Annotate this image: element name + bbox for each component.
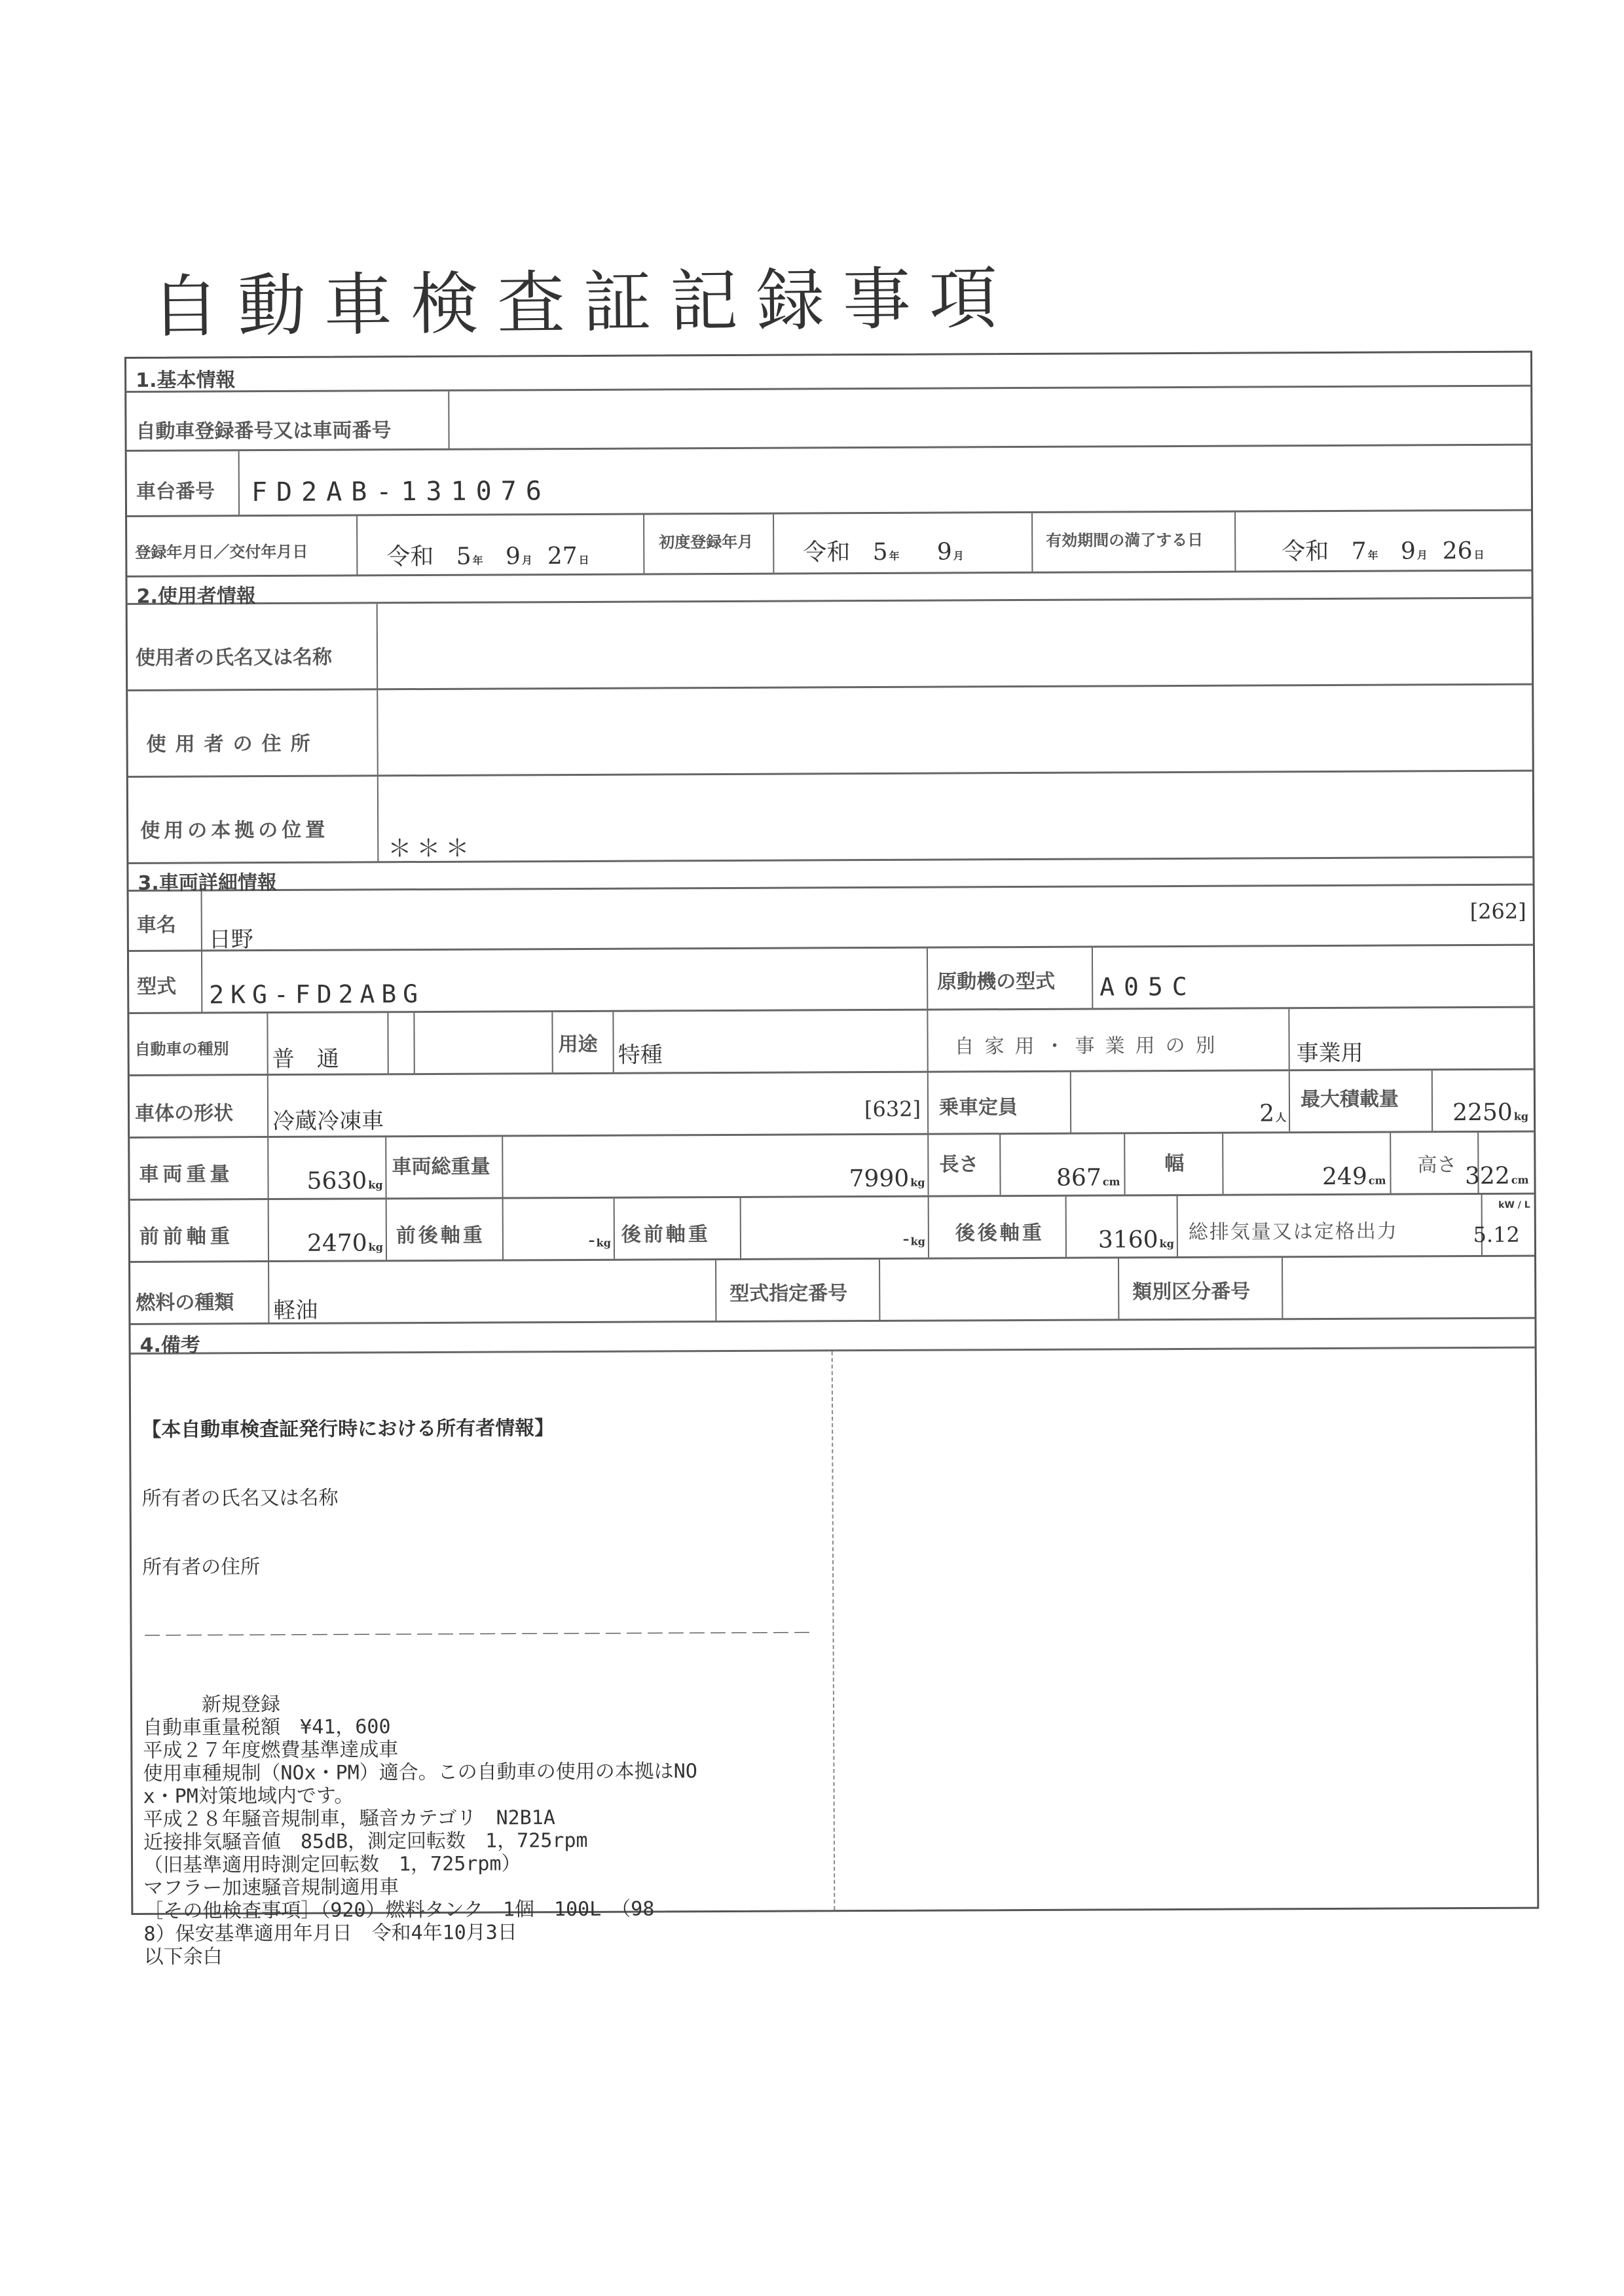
remark-line: （旧基準適用時測定回転数 1，725rpm） [143, 1851, 824, 1877]
private-business-label: 自家用・事業用の別 [954, 1029, 1225, 1059]
remarks-text: 【本自動車検査証発行時における所有者情報】 所有者の氏名又は名称 所有者の住所 … [141, 1370, 825, 2014]
front-rear-axle-label: 前後軸重 [396, 1219, 485, 1248]
chassis-number-value: FD2AB-131076 [251, 476, 551, 507]
category-label: 類別区分番号 [1132, 1275, 1250, 1305]
gross-weight-value: 7990kg [849, 1165, 925, 1193]
user-address-row: 使用者の住所 [128, 685, 1532, 778]
first-registration-value: 令和 5年 9月 [803, 533, 964, 567]
base-location-row: 使用の本拠の位置 ＊＊＊ [128, 772, 1533, 864]
max-load-value: 2250kg [1452, 1099, 1528, 1127]
owner-info-header: 【本自動車検査証発行時における所有者情報】 [141, 1415, 822, 1442]
gross-weight-label: 車両総重量 [392, 1150, 490, 1180]
remark-line: 使用車種規制（NOx・PM）適合。この自動車の使用の本拠はNO [143, 1759, 824, 1785]
displacement-unit: kW / L [1498, 1200, 1530, 1211]
vehicle-type-label: 自動車の種別 [135, 1036, 229, 1059]
remark-line: 平成２８年騒音規制車，騒音カテゴリ N2B1A [143, 1805, 824, 1831]
displacement-label: 総排気量又は定格出力 [1189, 1215, 1398, 1245]
remarks-separator: －－－－－－－－－－－－－－－－－－－－－－－－－－－－－－－－ [142, 1622, 823, 1648]
model-value: 2KG-FD2ABG [209, 979, 424, 1009]
owner-name-label: 所有者の氏名又は名称 [142, 1484, 823, 1510]
user-name-row: 使用者の氏名又は名称 [128, 599, 1532, 691]
remark-line: 8）保安基準適用年月日 令和4年10月3日 [143, 1920, 824, 1946]
remark-line: 新規登録 [143, 1690, 824, 1717]
rear-rear-axle-label: 後後軸重 [955, 1216, 1044, 1246]
model-label: 型式 [137, 970, 176, 999]
body-shape-value: 冷蔵冷凍車 [272, 1102, 384, 1135]
body-shape-row: 車体の形状 冷蔵冷凍車 [632] 乗車定員 2人 最大積載量 2250kg [130, 1070, 1534, 1139]
chassis-number-label: 車台番号 [136, 475, 215, 504]
remark-line: 自動車重量税額 ¥41，600 [143, 1713, 824, 1740]
length-label: 長さ [939, 1148, 978, 1176]
capacity-label: 乗車定員 [939, 1091, 1018, 1120]
fuel-label: 燃料の種類 [136, 1286, 234, 1315]
remark-line: 近接排気騒音値 85dB，測定回転数 1，725rpm [143, 1828, 824, 1854]
width-label: 幅 [1164, 1147, 1184, 1176]
section-1-header: 1.基本情報 [126, 353, 1530, 393]
purpose-value: 特種 [618, 1036, 663, 1068]
vehicle-name-row: 車名 日野 [262] [129, 886, 1533, 952]
displacement-value: 5.12 [1473, 1222, 1520, 1247]
remarks-area: 【本自動車検査証発行時における所有者情報】 所有者の氏名又は名称 所有者の住所 … [131, 1349, 1538, 1913]
chassis-number-row: 車台番号 FD2AB-131076 [127, 446, 1531, 517]
remark-line: 平成２７年度燃費基準達成車 [143, 1736, 824, 1762]
max-load-label: 最大積載量 [1301, 1083, 1399, 1112]
private-business-value: 事業用 [1297, 1035, 1363, 1067]
registration-date-value: 令和 5年 9月 27日 [386, 538, 589, 572]
vehicle-name-code: [262] [1470, 899, 1526, 924]
axle-weight-row: 前前軸重 2470kg 前後軸重 -kg 後前軸重 -kg 後後軸重 3160k… [130, 1195, 1534, 1263]
remark-line: 以下余白 [144, 1942, 825, 1969]
inspection-record-form: 1.基本情報 自動車登録番号又は車両番号 車台番号 FD2AB-131076 登… [124, 351, 1539, 1915]
fuel-row: 燃料の種類 軽油 型式指定番号 類別区分番号 [130, 1257, 1534, 1325]
engine-model-label: 原動機の型式 [937, 965, 1055, 994]
document-title: 自動車検査証記録事項 [151, 243, 1016, 350]
rear-front-axle-value: -kg [902, 1228, 925, 1250]
purpose-label: 用途 [558, 1028, 597, 1057]
height-value: 322cm [1465, 1163, 1529, 1190]
section-1-heading: 1.基本情報 [136, 363, 235, 393]
capacity-value: 2人 [1259, 1100, 1286, 1127]
remark-line: マフラー加速騒音規制適用車 [143, 1874, 824, 1900]
vehicle-weight-value: 5630kg [307, 1167, 383, 1195]
vehicle-weight-label: 車両重量 [139, 1157, 233, 1187]
registration-date-label: 登録年月日／交付年月日 [135, 539, 308, 562]
rear-rear-axle-value: 3160kg [1098, 1226, 1174, 1254]
base-location-value: ＊＊＊ [388, 830, 474, 864]
remark-lines: 新規登録自動車重量税額 ¥41，600平成２７年度燃費基準達成車使用車種規制（N… [143, 1690, 825, 1969]
vehicle-name-value: 日野 [209, 921, 253, 953]
registration-number-row: 自動車登録番号又は車両番号 [126, 387, 1530, 452]
expiry-date-label: 有効期間の満了する日 [1046, 527, 1203, 551]
expiry-date-value: 令和 7年 9月 26日 [1282, 532, 1484, 566]
owner-address-label: 所有者の住所 [142, 1553, 823, 1579]
front-front-axle-value: 2470kg [307, 1230, 383, 1257]
body-shape-code: [632] [864, 1097, 921, 1121]
vehicle-type-row: 自動車の種別 普 通 用途 特種 自家用・事業用の別 事業用 [129, 1008, 1533, 1076]
rear-front-axle-label: 後前軸重 [621, 1218, 710, 1247]
remark-line: x・PM対策地域内です。 [143, 1782, 824, 1808]
registration-number-label: 自動車登録番号又は車両番号 [136, 414, 391, 444]
remark-line: ［その他検査事項］（920）燃料タンク 1個 100L （98 [143, 1897, 824, 1923]
model-row: 型式 2KG-FD2ABG 原動機の型式 A05C [129, 946, 1533, 1014]
dates-row: 登録年月日／交付年月日 令和 5年 9月 27日 初度登録年月 令和 5年 9月… [127, 511, 1531, 577]
base-location-label: 使用の本拠の位置 [140, 814, 329, 843]
weight-dimension-row: 車両重量 5630kg 車両総重量 7990kg 長さ 867cm 幅 249c… [130, 1133, 1534, 1201]
length-value: 867cm [1056, 1164, 1120, 1191]
front-front-axle-label: 前前軸重 [139, 1220, 234, 1249]
fuel-value: 軽油 [273, 1292, 318, 1324]
engine-model-value: A05C [1099, 972, 1196, 1002]
vehicle-name-label: 車名 [137, 909, 176, 938]
type-designation-label: 型式指定番号 [729, 1277, 847, 1306]
width-value: 249cm [1322, 1163, 1386, 1190]
user-name-label: 使用者の氏名又は名称 [136, 641, 332, 670]
user-address-label: 使用者の住所 [146, 727, 319, 757]
body-shape-label: 車体の形状 [135, 1097, 233, 1126]
section-4-heading: 4.備考 [139, 1329, 200, 1358]
height-label: 高さ [1417, 1148, 1456, 1177]
remarks-divider [832, 1351, 836, 1910]
front-rear-axle-value: -kg [588, 1229, 611, 1252]
first-registration-label: 初度登録年月 [659, 529, 753, 553]
